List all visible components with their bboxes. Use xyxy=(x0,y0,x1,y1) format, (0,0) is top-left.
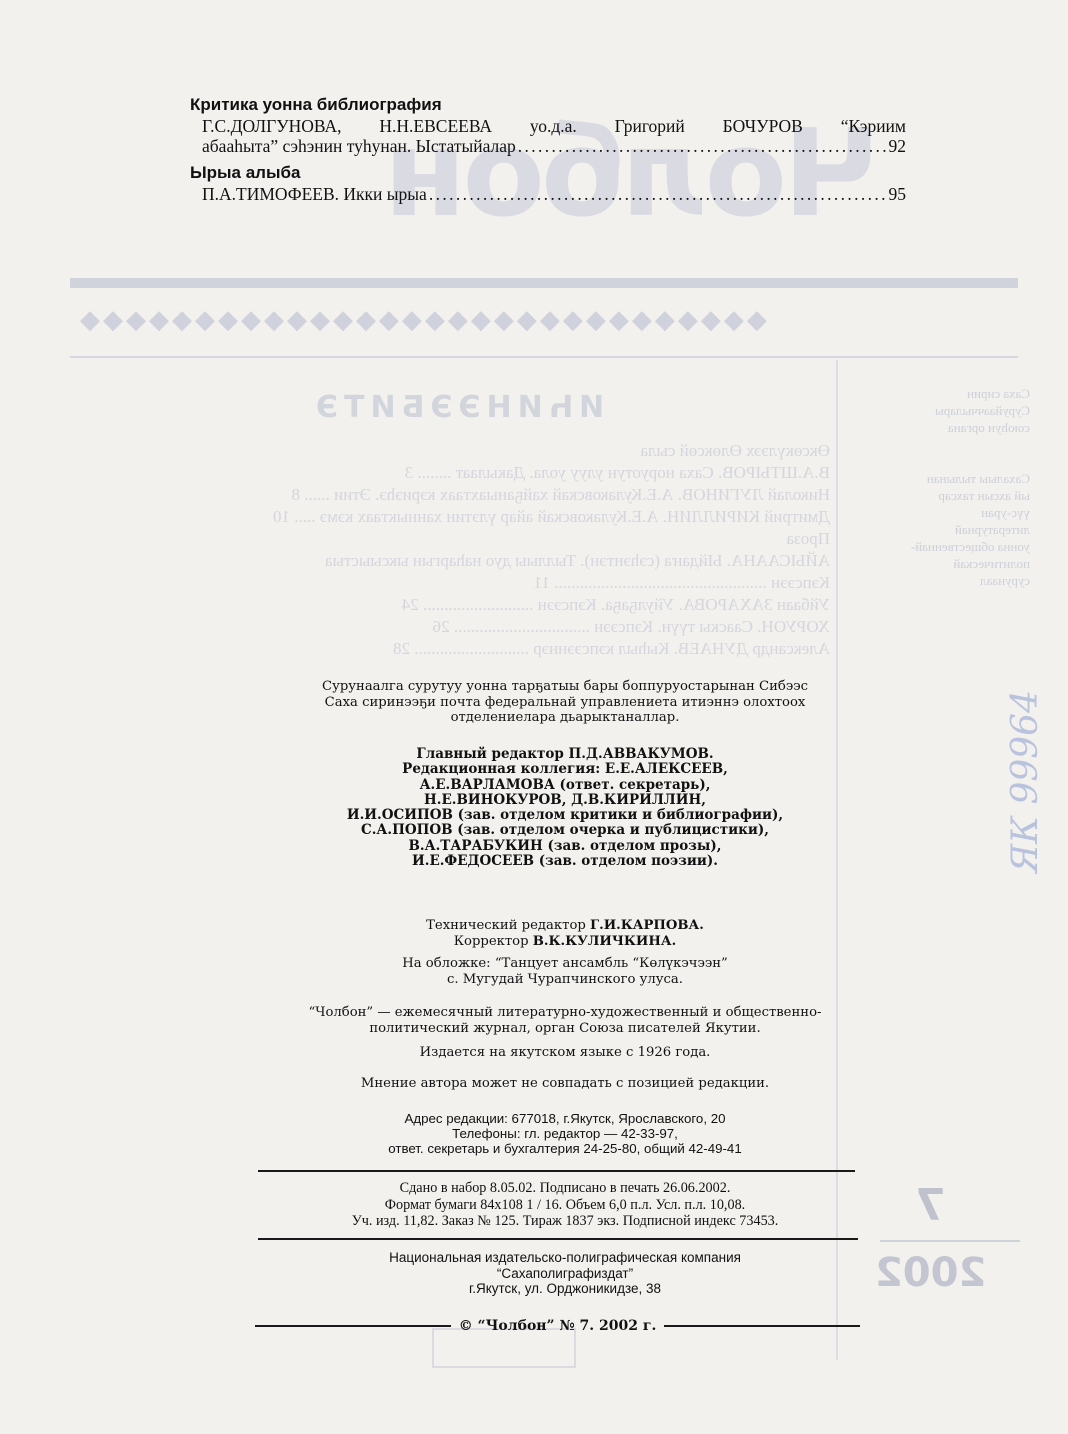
toc-page-number: 95 xyxy=(889,184,907,204)
divider xyxy=(255,1325,451,1327)
text-line: Сурунаалга сурутуу уонна тарҕатыы бары б… xyxy=(240,679,890,695)
table-of-contents: Критика уонна библиография Г.С.ДОЛГУНОВА… xyxy=(190,94,906,204)
board-line: И.Е.ФЕДОСЕЕВ (зав. отделом поэзии). xyxy=(240,854,890,869)
show-through-rule xyxy=(70,356,1018,358)
text-line: На обложке: “Танцует ансамбль “Көлүкэчээ… xyxy=(240,956,890,972)
text-line: Издается на якутском языке с 1926 года. xyxy=(240,1045,890,1061)
show-through-heading: ИҺИНЭЭБИТЭ xyxy=(310,390,604,425)
copyright-text: © “Чолбон” № 7. 2002 г. xyxy=(459,1318,657,1334)
text-line: “Чолбон” — ежемесячный литературно-худож… xyxy=(225,1005,905,1021)
journal-description: “Чолбон” — ежемесячный литературно-худож… xyxy=(225,1005,905,1036)
text-line: Саха сиринээҕи почта федеральнай управле… xyxy=(240,695,890,711)
show-through-issue-number: 7 xyxy=(915,1180,946,1231)
disclaimer: Мнение автора может не совпадать с позиц… xyxy=(240,1076,890,1092)
library-stamp xyxy=(432,1328,576,1368)
text-line: политический журнал, орган Союза писател… xyxy=(225,1021,905,1037)
board-line: Редакционная коллегия: Е.Е.АЛЕКСЕЕВ, xyxy=(240,762,890,777)
copyright-line: © “Чолбон” № 7. 2002 г. xyxy=(255,1318,860,1334)
divider xyxy=(258,1238,858,1240)
distribution-note: Сурунаалга сурутуу уонна тарҕатыы бары б… xyxy=(240,679,890,726)
handwritten-mark: ЯК 99964 xyxy=(1005,690,1046,873)
print-details: Сдано в набор 8.05.02. Подписано в печат… xyxy=(240,1180,890,1230)
show-through-year: 2002 xyxy=(875,1250,986,1296)
publisher-info: Национальная издательско-полиграфическая… xyxy=(240,1250,890,1297)
show-through-side-text: Саха сирин Суруйааччылары союһун органа … xyxy=(850,385,1030,589)
toc-entry-title-line: Г.С.ДОЛГУНОВА, Н.Н.ЕВСЕЕВА уо.д.а. Григо… xyxy=(202,116,906,136)
dot-leader xyxy=(518,136,887,156)
toc-entry-leader: абааhыта” сэhэнин туhунан. Ыстатыйалар 9… xyxy=(202,136,906,156)
toc-entry: П.А.ТИМОФЕЕВ. Икки ырыа 95 xyxy=(202,184,906,204)
toc-section-heading: Критика уонна библиография xyxy=(190,94,906,116)
text-line: Мнение автора может не совпадать с позиц… xyxy=(240,1076,890,1092)
publication-since: Издается на якутском языке с 1926 года. xyxy=(240,1045,890,1061)
text-line: Уч. изд. 11,82. Заказ № 125. Тираж 1837 … xyxy=(240,1213,890,1230)
toc-entry: Г.С.ДОЛГУНОВА, Н.Н.ЕВСЕЕВА уо.д.а. Григо… xyxy=(202,116,906,156)
board-line: И.И.ОСИПОВ (зав. отделом критики и библи… xyxy=(240,808,890,823)
editorial-board: Главный редактор П.Д.АВВАКУМОВ. Редакцио… xyxy=(240,747,890,869)
divider xyxy=(664,1325,860,1327)
cover-caption: На обложке: “Танцует ансамбль “Көлүкэчээ… xyxy=(240,956,890,987)
corrector: Корректор В.К.КУЛИЧКИНА. xyxy=(240,934,890,950)
text-line: Телефоны: гл. редактор — 42-33-97, xyxy=(240,1126,890,1141)
text-line: Формат бумаги 84x108 1 / 16. Объем 6,0 п… xyxy=(240,1197,890,1214)
text-line: отделениелара дьарыктаналлар. xyxy=(240,710,890,726)
toc-entry-title-line: абааhыта” сэhэнин туhунан. Ыстатыйалар xyxy=(202,136,516,156)
show-through-rule-small xyxy=(880,1240,1020,1242)
editor-in-chief: Главный редактор П.Д.АВВАКУМОВ. xyxy=(240,747,890,762)
text-line: “Сахаполиграфиздат” xyxy=(240,1266,890,1282)
editorial-address: Адрес редакции: 677018, г.Якутск, Яросла… xyxy=(240,1111,890,1156)
text-line: Национальная издательско-полиграфическая… xyxy=(240,1250,890,1266)
board-line: А.Е.ВАРЛАМОВА (ответ. секретарь), xyxy=(240,778,890,793)
divider xyxy=(258,1170,855,1172)
text-line: Адрес редакции: 677018, г.Якутск, Яросла… xyxy=(240,1111,890,1126)
board-line: С.А.ПОПОВ (зав. отделом очерка и публици… xyxy=(240,823,890,838)
magazine-page: Чолбон ◆◆◆◆◆◆◆◆◆◆◆◆◆◆◆◆◆◆◆◆◆◆◆◆◆◆◆◆◆◆ ИҺ… xyxy=(0,0,1068,1434)
show-through-body: Өксөкүлээх Өлөксөй сыла В.А.ШТЫРОВ. Саха… xyxy=(70,440,830,660)
toc-page-number: 92 xyxy=(889,136,907,156)
show-through-ornament-bar xyxy=(70,278,1018,288)
text-line: ответ. секретарь и бухгалтерия 24-25-80,… xyxy=(240,1141,890,1156)
text-line: г.Якутск, ул. Орджоникидзе, 38 xyxy=(240,1281,890,1297)
toc-section-heading: Ырыа алыба xyxy=(190,162,906,184)
text-line: Сдано в набор 8.05.02. Подписано в печат… xyxy=(240,1180,890,1197)
tech-editor: Технический редактор Г.И.КАРПОВА. xyxy=(240,918,890,934)
board-line: Н.Е.ВИНОКУРОВ, Д.В.КИРИЛЛИН, xyxy=(240,793,890,808)
toc-entry-leader: П.А.ТИМОФЕЕВ. Икки ырыа 95 xyxy=(202,184,906,204)
dot-leader xyxy=(429,184,887,204)
text-line: с. Мугудай Чурапчинского улуса. xyxy=(240,972,890,988)
technical-staff: Технический редактор Г.И.КАРПОВА. Коррек… xyxy=(240,918,890,949)
board-line: В.А.ТАРАБУКИН (зав. отделом прозы), xyxy=(240,839,890,854)
toc-entry-title-line: П.А.ТИМОФЕЕВ. Икки ырыа xyxy=(202,184,427,204)
show-through-diamond-ornament: ◆◆◆◆◆◆◆◆◆◆◆◆◆◆◆◆◆◆◆◆◆◆◆◆◆◆◆◆◆◆ xyxy=(80,305,1020,335)
